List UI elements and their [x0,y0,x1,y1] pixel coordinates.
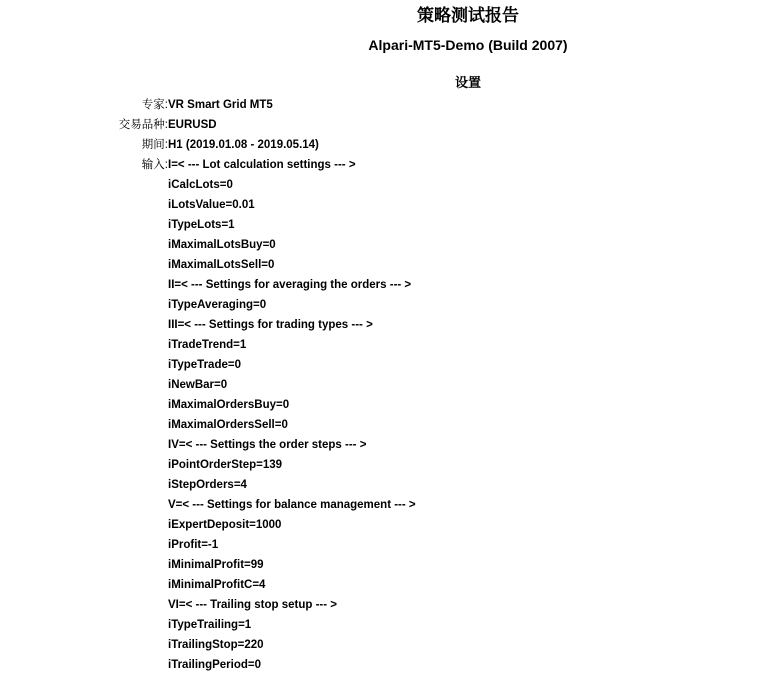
inputs-label-spacer [0,515,168,535]
input-parameter-line: iMaximalOrdersSell=0 [168,415,758,435]
section-title-settings: 设置 [0,74,758,91]
inputs-label-spacer [0,275,168,295]
settings-table-body: 专家:VR Smart Grid MT5交易品种:EURUSD期间:H1 (20… [0,95,758,673]
inputs-label-spacer [0,535,168,555]
inputs-label: 输入: [0,155,168,175]
settings-row: iTypeAveraging=0 [0,295,758,315]
inputs-label-spacer [0,315,168,335]
input-parameter-line: iNewBar=0 [168,375,758,395]
settings-row: iExpertDeposit=1000 [0,515,758,535]
input-parameter-line: iTypeTrailing=1 [168,615,758,635]
settings-row: iNewBar=0 [0,375,758,395]
input-parameter-line: iTradeTrend=1 [168,335,758,355]
field-value: EURUSD [168,115,758,135]
input-parameter-line: iTypeAveraging=0 [168,295,758,315]
input-parameter-line: iMinimalProfit=99 [168,555,758,575]
field-label: 期间: [0,135,168,155]
settings-row: iMaximalOrdersSell=0 [0,415,758,435]
settings-row: 输入:I=< --- Lot calculation settings --- … [0,155,758,175]
settings-row: IV=< --- Settings the order steps --- > [0,435,758,455]
settings-row: 交易品种:EURUSD [0,115,758,135]
inputs-label-spacer [0,235,168,255]
settings-row: iTypeLots=1 [0,215,758,235]
settings-row: III=< --- Settings for trading types ---… [0,315,758,335]
settings-row: iMaximalLotsSell=0 [0,255,758,275]
settings-row: iMinimalProfitC=4 [0,575,758,595]
inputs-label-spacer [0,635,168,655]
inputs-label-spacer [0,295,168,315]
inputs-label-spacer [0,375,168,395]
inputs-label-spacer [0,355,168,375]
input-parameter-line: II=< --- Settings for averaging the orde… [168,275,758,295]
settings-row: V=< --- Settings for balance management … [0,495,758,515]
input-parameter-line: I=< --- Lot calculation settings --- > [168,155,758,175]
input-parameter-line: iProfit=-1 [168,535,758,555]
inputs-label-spacer [0,195,168,215]
inputs-label-spacer [0,655,168,673]
inputs-label-spacer [0,495,168,515]
settings-row: iTypeTrade=0 [0,355,758,375]
settings-row: iTrailingStop=220 [0,635,758,655]
report-server-build: Alpari-MT5-Demo (Build 2007) [0,36,758,54]
settings-row: iStepOrders=4 [0,475,758,495]
settings-row: iTypeTrailing=1 [0,615,758,635]
input-parameter-line: iLotsValue=0.01 [168,195,758,215]
settings-row: 期间:H1 (2019.01.08 - 2019.05.14) [0,135,758,155]
inputs-label-spacer [0,415,168,435]
input-parameter-line: VI=< --- Trailing stop setup --- > [168,595,758,615]
settings-row: iPointOrderStep=139 [0,455,758,475]
inputs-label-spacer [0,475,168,495]
field-label: 专家: [0,95,168,115]
settings-row: VI=< --- Trailing stop setup --- > [0,595,758,615]
settings-row: iProfit=-1 [0,535,758,555]
settings-row: iMinimalProfit=99 [0,555,758,575]
field-value: H1 (2019.01.08 - 2019.05.14) [168,135,758,155]
settings-row: iMaximalLotsBuy=0 [0,235,758,255]
inputs-label-spacer [0,175,168,195]
input-parameter-line: V=< --- Settings for balance management … [168,495,758,515]
input-parameter-line: iTypeLots=1 [168,215,758,235]
input-parameter-line: iStepOrders=4 [168,475,758,495]
inputs-label-spacer [0,595,168,615]
inputs-label-spacer [0,455,168,475]
input-parameter-line: iTrailingStop=220 [168,635,758,655]
input-parameter-line: iMaximalLotsBuy=0 [168,235,758,255]
settings-row: iMaximalOrdersBuy=0 [0,395,758,415]
input-parameter-line: iMaximalOrdersBuy=0 [168,395,758,415]
input-parameter-line: III=< --- Settings for trading types ---… [168,315,758,335]
field-value: VR Smart Grid MT5 [168,95,758,115]
field-label: 交易品种: [0,115,168,135]
inputs-label-spacer [0,615,168,635]
settings-row: iCalcLots=0 [0,175,758,195]
settings-row: iLotsValue=0.01 [0,195,758,215]
settings-row: 专家:VR Smart Grid MT5 [0,95,758,115]
settings-row: iTradeTrend=1 [0,335,758,355]
input-parameter-line: IV=< --- Settings the order steps --- > [168,435,758,455]
inputs-label-spacer [0,575,168,595]
inputs-label-spacer [0,395,168,415]
input-parameter-line: iCalcLots=0 [168,175,758,195]
inputs-label-spacer [0,255,168,275]
input-parameter-line: iPointOrderStep=139 [168,455,758,475]
input-parameter-line: iExpertDeposit=1000 [168,515,758,535]
inputs-label-spacer [0,335,168,355]
input-parameter-line: iMinimalProfitC=4 [168,575,758,595]
settings-table: 专家:VR Smart Grid MT5交易品种:EURUSD期间:H1 (20… [0,95,758,673]
strategy-test-report: 策略测试报告 Alpari-MT5-Demo (Build 2007) 设置 专… [0,0,758,673]
input-parameter-line: iMaximalLotsSell=0 [168,255,758,275]
input-parameter-line: iTrailingPeriod=0 [168,655,758,673]
input-parameter-line: iTypeTrade=0 [168,355,758,375]
inputs-label-spacer [0,555,168,575]
settings-row: II=< --- Settings for averaging the orde… [0,275,758,295]
settings-row: iTrailingPeriod=0 [0,655,758,673]
inputs-label-spacer [0,215,168,235]
inputs-label-spacer [0,435,168,455]
report-title: 策略测试报告 [0,0,758,26]
